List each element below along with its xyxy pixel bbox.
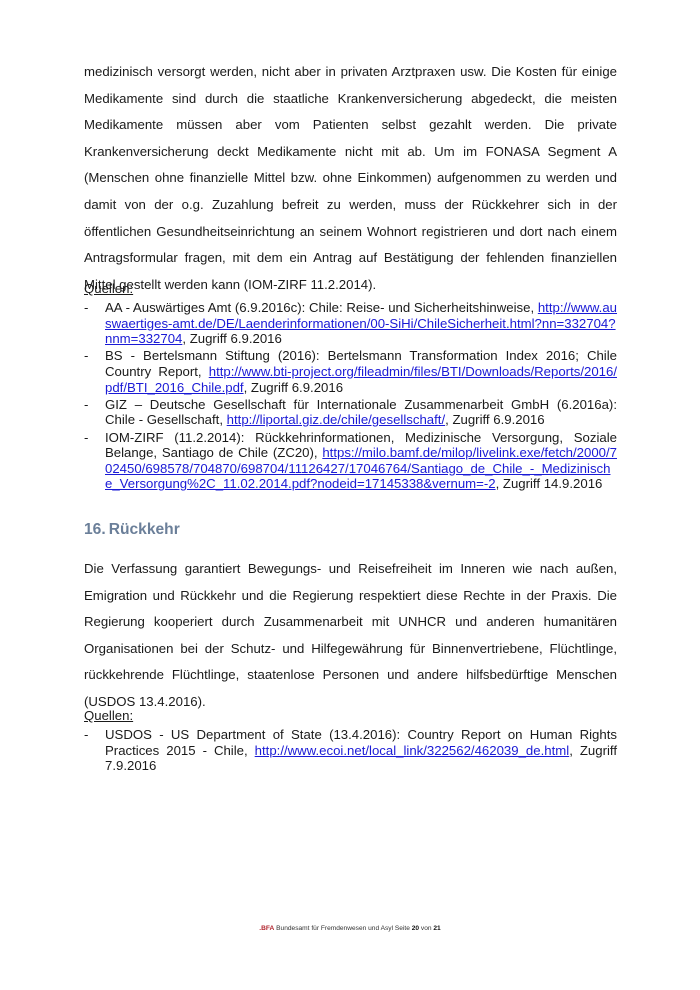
section-number: 16. (84, 521, 106, 538)
source-access-date: , Zugriff 6.9.2016 (445, 412, 544, 427)
sources-label: Quellen: (84, 281, 133, 296)
page-number: 20 (412, 925, 419, 932)
body-paragraph-return: Die Verfassung garantiert Bewegungs- und… (84, 556, 617, 716)
source-access-date: , Zugriff 6.9.2016 (244, 380, 343, 395)
list-dash: - (84, 397, 88, 413)
source-access-date: , Zugriff 6.9.2016 (182, 331, 281, 346)
source-link[interactable]: http://www.ecoi.net/local_link/322562/46… (255, 743, 570, 758)
body-paragraph-medical: medizinisch versorgt werden, nicht aber … (84, 59, 617, 298)
sources-label: Quellen: (84, 708, 133, 723)
list-dash: - (84, 430, 88, 446)
bfa-logo: .BFA (259, 925, 274, 932)
source-access-date: , Zugriff 14.9.2016 (496, 476, 603, 491)
source-text: AA - Auswärtiges Amt (6.9.2016c): Chile:… (105, 300, 538, 315)
list-dash: - (84, 348, 88, 364)
footer-of: von (419, 925, 433, 932)
source-item: - USDOS - US Department of State (13.4.2… (84, 727, 617, 774)
sources-list: - AA - Auswärtiges Amt (6.9.2016c): Chil… (84, 300, 617, 494)
footer-org: Bundesamt für Fremdenwesen und Asyl Seit… (274, 925, 411, 932)
source-item: - GIZ – Deutsche Gesellschaft für Intern… (84, 397, 617, 428)
source-link[interactable]: http://liportal.giz.de/chile/gesellschaf… (227, 412, 445, 427)
source-item: - BS - Bertelsmann Stiftung (2016): Bert… (84, 348, 617, 395)
section-title: Rückkehr (109, 521, 180, 538)
list-dash: - (84, 300, 88, 316)
source-item: - AA - Auswärtiges Amt (6.9.2016c): Chil… (84, 300, 617, 347)
source-item: - IOM-ZIRF (11.2.2014): Rückkehrinformat… (84, 430, 617, 492)
page-footer: .BFA Bundesamt für Fremdenwesen und Asyl… (0, 925, 700, 932)
section-heading-rueckkehr: 16.Rückkehr (84, 521, 180, 539)
list-dash: - (84, 727, 88, 743)
page-total: 21 (433, 925, 440, 932)
sources-list: - USDOS - US Department of State (13.4.2… (84, 727, 617, 775)
